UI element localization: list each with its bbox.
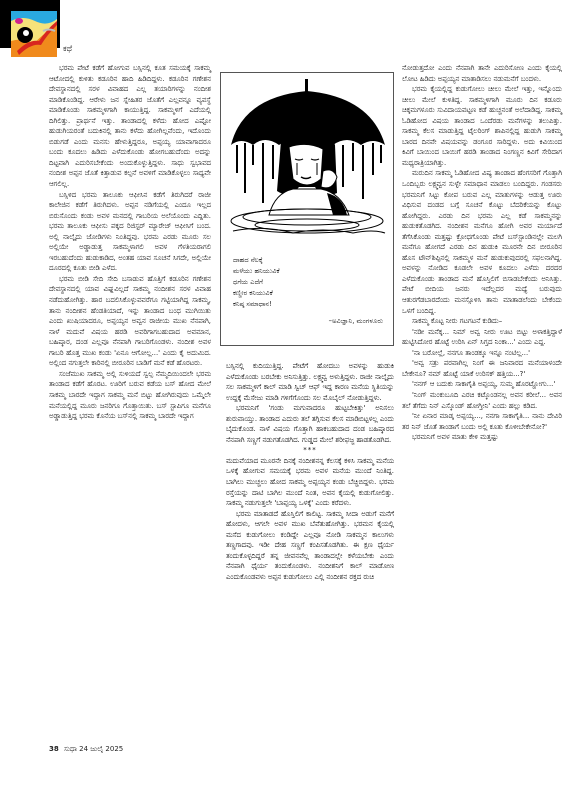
poem-illustration-box: ದಾಹದ ನೆಲಕ್ಕೆ ಮಳೆಯು ಹನಿಯುವಿಕೆ ಧಗೆಯ ಎದೆಗೆ … bbox=[220, 72, 394, 346]
publication-date: ಸುಧಾ 24 ಜುಲೈ 2025 bbox=[64, 745, 123, 753]
paragraph: ಬಸ್ಸಿಳಿದ ಭರಮ ತಾಲೂಕು ಆಫೀಸಿನ ಕಡೆಗೆ ತಿರುಗಿದ… bbox=[49, 190, 211, 274]
paragraph: 'ನಡೀ ಮನೆಕ್ಕ... ನಿಮ್ ಅವ್ವ ನೀರು ಊಟ ಬಿಟ್ಟು … bbox=[402, 327, 562, 348]
paragraph: 'ನಾ ಬರೋಲ್ಲೆ, ನನಗೂ ತಾಂಡಕ್ಕೂ ಇನ್ನೂ ನಂಟಿಲ್ಲ… bbox=[402, 348, 562, 359]
article-column-2: ಬಸ್ಸಿನಲ್ಲಿ ಕುದಿಯುತ್ತಿದ್ದ. ಪೇಟೆಗೆ ಹೋದಬು ಅ… bbox=[226, 361, 394, 582]
paragraph: ನೋಡುತ್ತದೋ ಎಂದು ನೆನಪಾಗಿ ತಾನೇ ಎದುರಿಸೋಣ ಎಂದ… bbox=[402, 63, 562, 84]
woman-under-umbrella-illustration bbox=[223, 75, 391, 243]
paragraph: 'ನನಗ್ ಆ ಬದುಕು ಸಾಕಾಗೈತಿ ಅಪ್ಪಯ್ಯ, ಸುಮ್ಮ ಹೊ… bbox=[402, 379, 562, 390]
paragraph: 'ನೀ ಏನಾರ ಮಾಡ್ಕ ಅಪ್ಪಯ್ಯ..., ನನಗಾ ಸಾಕಾಗೈತಿ… bbox=[402, 411, 562, 432]
paragraph: ಭರಮ ಪೇಟೆ ಕಡೆಗೆ ಹೋಗುವ ಬಸ್ಸಿನಲ್ಲಿ ಕೂತ ಸಮಯಕ… bbox=[49, 63, 211, 190]
page-number: 38 bbox=[49, 745, 59, 753]
paragraph: ಭರಮ ಮಾತಾಡದೆ ಹೊಸ್ತಿಲಿಗೆ ಕಾಲಿಟ್ಟ. ಸಾಕಮ್ಮ ಸ… bbox=[226, 509, 394, 583]
paragraph: ಭರಮನಿಗೆ ಅವಳ ಮಾತು ಕೇಳಿ ಮತ್ತಷ್ಟು bbox=[402, 432, 562, 443]
poem-line: ಧಗೆಯ ಎದೆಗೆ bbox=[233, 277, 280, 288]
paragraph: ಸಂಜೆಮುಖ ಸಾಕಮ್ಮ ಅಲ್ಲಿ ಸುಳಿಯದೆ ಸ್ವಲ್ಪ ನೆಮ್… bbox=[49, 369, 211, 422]
section-separator: *** bbox=[226, 445, 394, 456]
paragraph: ಮದುವೆಯಾದ ಮೂರನೇ ದಿನಕ್ಕೆ ನಂದೀಶನನ್ನ ಕೆಲಸಕ್ಕ… bbox=[226, 456, 394, 509]
paragraph: ಭರಮ ಬೀಡಿ ಸೇದಿ ಸೇದಿ ಬಸಾಡುವ ಹೊತ್ತಿಗೆ ಕಡೂರಿ… bbox=[49, 274, 211, 369]
paragraph: ಭರಮನಿಗೆ 'ಗಂಡು ಮಗುವಾದರೂ ಹುಟ್ಟಬೇಕಿತ್ತು' ಅನ… bbox=[226, 403, 394, 445]
poem-line: ಕನಿಷ್ಠ ಸಮಾಧಾನ! bbox=[233, 299, 280, 310]
poem-text: ದಾಹದ ನೆಲಕ್ಕೆ ಮಳೆಯು ಹನಿಯುವಿಕೆ ಧಗೆಯ ಎದೆಗೆ … bbox=[233, 255, 280, 310]
article-column-1: ಭರಮ ಪೇಟೆ ಕಡೆಗೆ ಹೋಗುವ ಬಸ್ಸಿನಲ್ಲಿ ಕೂತ ಸಮಯಕ… bbox=[49, 63, 211, 422]
poem-line: ಕಣ್ಣೀರ ಕನಿಯುವಿಕೆ bbox=[233, 288, 280, 299]
paragraph: 'ಅವ್ವ ಸತ್ರು ಪರವಾಗಿಲ್ಲ ನಿಂಗೆ ಈ ಜನಿವಾರದ ಮನ… bbox=[402, 358, 562, 379]
article-column-3: ನೋಡುತ್ತದೋ ಎಂದು ನೆನಪಾಗಿ ತಾನೇ ಎದುರಿಸೋಣ ಎಂದ… bbox=[402, 63, 562, 443]
poem-line: ಮಳೆಯು ಹನಿಯುವಿಕೆ bbox=[233, 266, 280, 277]
paragraph: 'ನಿಂಗ್ ಮಂಕುಬೂದಿ ಎರಚಿ ಕಟ್ಕೊಂಡನಲ್ಲ ಅವನ ಕರೀ… bbox=[402, 390, 562, 411]
paragraph: ಮರುದಿನ ಸಾಕಮ್ಮ ಓಡಿಹೋದ ವಿಷ್ಯ ತಾಂಡಾದ ಹೆಂಗಸರ… bbox=[402, 168, 562, 316]
paragraph: ಭರಮ ಕೈಯಲ್ಲಿದ್ದ ಕುಡುಗೋಲು ಚೀಲು ಮೇಲೆ ಇತ್ತು,… bbox=[402, 84, 562, 168]
poem-author: –ಅವಿಜ್ಞಾನಿ, ಮಂಗಳೂರು bbox=[329, 317, 383, 326]
paragraph: ಬಸ್ಸಿನಲ್ಲಿ ಕುದಿಯುತ್ತಿದ್ದ. ಪೇಟೆಗೆ ಹೋದಬು ಅ… bbox=[226, 361, 394, 403]
page-footer: 38 ಸುಧಾ 24 ಜುಲೈ 2025 bbox=[49, 745, 123, 754]
poem-line: ದಾಹದ ನೆಲಕ್ಕೆ bbox=[233, 255, 280, 266]
section-logo-icon bbox=[11, 11, 57, 57]
paragraph: ಸಾಕಮ್ಮ ಕೊಟ್ಟ ನೀರು ಗಟಗಟನೆ ಕುಡಿದು– bbox=[402, 316, 562, 327]
section-label: ಕಥೆ bbox=[63, 44, 72, 54]
